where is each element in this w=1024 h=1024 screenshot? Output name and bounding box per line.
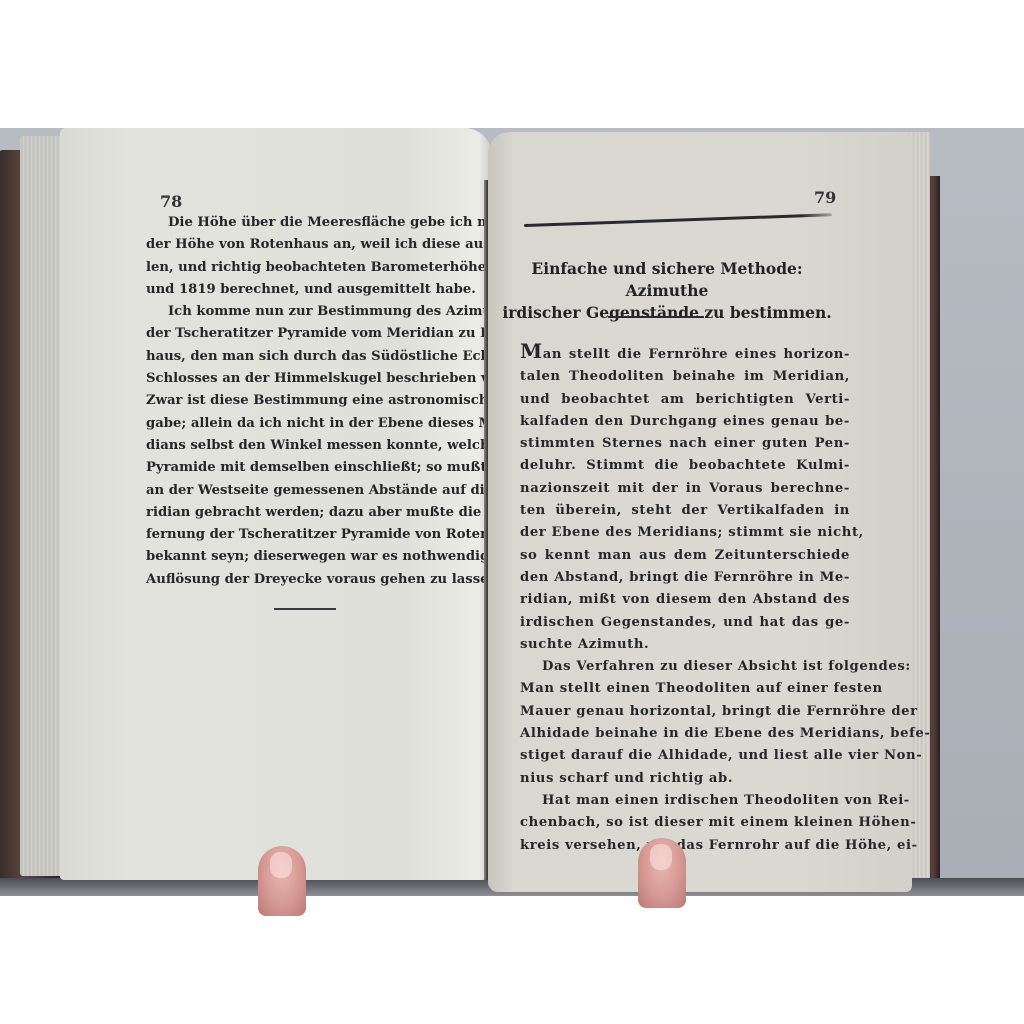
- thumb-right: [638, 838, 686, 908]
- text-line: Schlosses an der Himmelskugel beschriebe…: [146, 368, 466, 390]
- text-line: len, und richtig beobachteten Barometerh…: [146, 257, 466, 279]
- text-line: und beobachtet am berichtigten Verti-: [520, 389, 850, 411]
- text-line: gabe; allein da ich nicht in der Ebene d…: [146, 413, 466, 435]
- text-line: stimmten Sternes nach einer guten Pen-: [520, 433, 850, 455]
- section-heading: Einfache und sichere Methode: Azimuthe i…: [502, 258, 832, 324]
- text-line: Ich komme nun zur Bestimmung des Azimuth…: [146, 301, 466, 323]
- text-line: talen Theodoliten beinahe im Meridian,: [520, 366, 850, 388]
- heading-underline-rule: [608, 316, 704, 318]
- text-line: nazionszeit mit der in Voraus berechne-: [520, 478, 850, 500]
- text-line: dians selbst den Winkel messen konnte, w…: [146, 435, 466, 457]
- text-line: Pyramide mit demselben einschließt; so m…: [146, 457, 466, 479]
- text-line: irdischen Gegenstandes, und hat das ge-: [520, 612, 850, 634]
- section-heading-line: irdischer Gegenstände zu bestimmen.: [502, 302, 832, 324]
- text-line: kreis versehen, um das Fernrohr auf die …: [520, 835, 850, 857]
- text-line: ridian, mißt von diesem den Abstand des: [520, 589, 850, 611]
- right-page: 79 Einfache und sichere Methode: Azimuth…: [488, 132, 912, 892]
- right-page-text: Man stellt die Fernröhre eines horizon-t…: [520, 340, 850, 857]
- page-number-left: 78: [160, 192, 182, 211]
- text-line: kalfaden den Durchgang eines genau be-: [520, 411, 850, 433]
- text-line: den Abstand, bringt die Fernröhre in Me-: [520, 567, 850, 589]
- text-line-rest: an stellt die Fernröhre eines horizon-: [543, 347, 850, 362]
- text-line: haus, den man sich durch das Südöstliche…: [146, 346, 466, 368]
- left-page: 78 Die Höhe über die Meeresfläche gebe i…: [60, 128, 492, 880]
- page-number-right: 79: [814, 188, 836, 207]
- end-of-section-rule: [274, 608, 336, 610]
- text-line: nius scharf und richtig ab.: [520, 768, 850, 790]
- text-line: Zwar ist diese Bestimmung eine astronomi…: [146, 390, 466, 412]
- text-line: der Tscheratitzer Pyramide vom Meridian …: [146, 323, 466, 345]
- text-line: der Höhe von Rotenhaus an, weil ich dies…: [146, 234, 466, 256]
- text-line: fernung der Tscheratitzer Pyramide von R…: [146, 524, 466, 546]
- text-line: an der Westseite gemessenen Abstände auf…: [146, 480, 466, 502]
- text-line: der Ebene des Meridians; stimmt sie nich…: [520, 522, 850, 544]
- text-line: suchte Azimuth.: [520, 634, 850, 656]
- header-rule: [524, 213, 832, 227]
- text-line: Hat man einen irdischen Theodoliten von …: [520, 790, 850, 812]
- text-line: Auflösung der Dreyecke voraus gehen zu l…: [146, 569, 466, 591]
- text-line: deluhr. Stimmt die beobachtete Kulmi-: [520, 455, 850, 477]
- text-line: Die Höhe über die Meeresfläche gebe ich …: [146, 212, 466, 234]
- section-heading-line: Einfache und sichere Methode: Azimuthe: [502, 258, 832, 302]
- text-line: Mauer genau horizontal, bringt die Fernr…: [520, 701, 850, 723]
- text-line: stiget darauf die Alhidade, und liest al…: [520, 745, 850, 767]
- text-line: Man stellt einen Theodoliten auf einer f…: [520, 678, 850, 700]
- text-line: so kennt man aus dem Zeitunterschiede: [520, 545, 850, 567]
- text-line: Das Verfahren zu dieser Absicht ist folg…: [520, 656, 850, 678]
- drop-cap: M: [520, 339, 543, 363]
- text-line: Man stellt die Fernröhre eines horizon-: [520, 340, 850, 366]
- text-line: chenbach, so ist dieser mit einem kleine…: [520, 812, 850, 834]
- text-line: bekannt seyn; dieserwegen war es nothwen…: [146, 546, 466, 568]
- text-line: ridian gebracht werden; dazu aber mußte …: [146, 502, 466, 524]
- text-line: und 1819 berechnet, und ausgemittelt hab…: [146, 279, 466, 301]
- text-line: Alhidade beinahe in die Ebene des Meridi…: [520, 723, 850, 745]
- left-page-text: Die Höhe über die Meeresfläche gebe ich …: [146, 212, 466, 591]
- text-line: ten überein, steht der Vertikalfaden in: [520, 500, 850, 522]
- thumb-left: [258, 846, 306, 916]
